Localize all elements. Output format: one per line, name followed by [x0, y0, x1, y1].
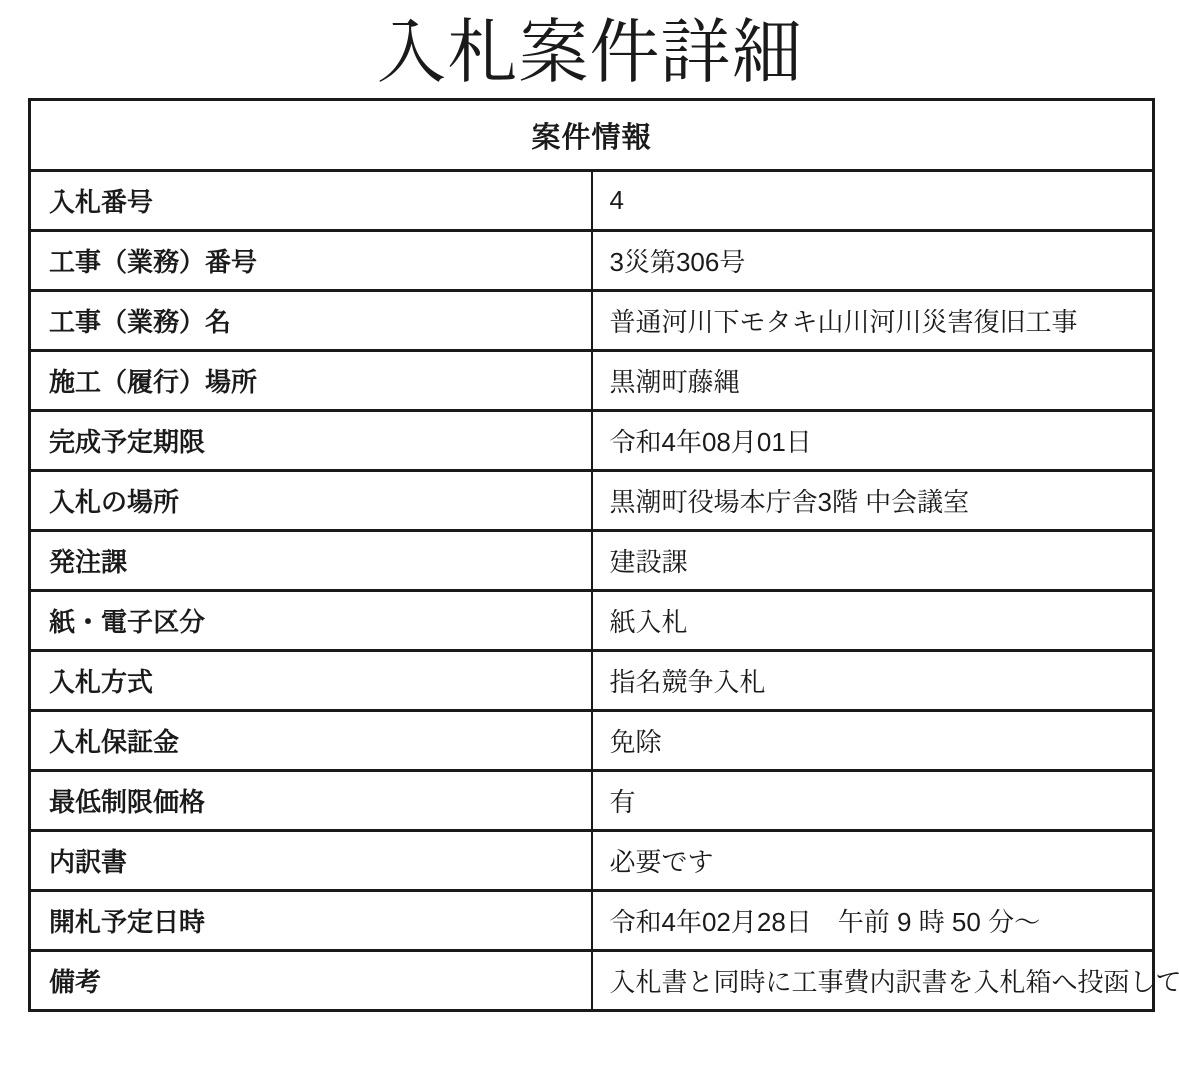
row-label: 備考 — [30, 951, 592, 1011]
table-row: 入札の場所黒潮町役場本庁舎3階 中会議室 — [30, 471, 1154, 531]
row-label: 入札方式 — [30, 651, 592, 711]
row-value: 令和4年02月28日 午前 9 時 50 分～ — [592, 891, 1154, 951]
table-row: 最低制限価格有 — [30, 771, 1154, 831]
row-value: 黒潮町藤縄 — [592, 351, 1154, 411]
row-label: 発注課 — [30, 531, 592, 591]
row-value: 普通河川下モタキ山川河川災害復旧工事 — [592, 291, 1154, 351]
row-value: 令和4年08月01日 — [592, 411, 1154, 471]
row-label: 内訳書 — [30, 831, 592, 891]
table-title: 案件情報 — [30, 100, 1154, 171]
case-info-table: 案件情報 入札番号4工事（業務）番号3災第306号工事（業務）名普通河川下モタキ… — [28, 98, 1155, 1012]
table-row: 開札予定日時令和4年02月28日 午前 9 時 50 分～ — [30, 891, 1154, 951]
row-value: 有 — [592, 771, 1154, 831]
row-value: 建設課 — [592, 531, 1154, 591]
table-row: 紙・電子区分紙入札 — [30, 591, 1154, 651]
row-value: 3災第306号 — [592, 231, 1154, 291]
row-value: 免除 — [592, 711, 1154, 771]
row-label: 最低制限価格 — [30, 771, 592, 831]
row-label: 工事（業務）番号 — [30, 231, 592, 291]
row-label: 開札予定日時 — [30, 891, 592, 951]
row-label: 完成予定期限 — [30, 411, 592, 471]
row-label: 入札保証金 — [30, 711, 592, 771]
table-row: 入札保証金免除 — [30, 711, 1154, 771]
table-header-row: 案件情報 — [30, 100, 1154, 171]
page-title: 入札案件詳細 — [0, 0, 1179, 98]
row-value: 指名競争入札 — [592, 651, 1154, 711]
table-row: 完成予定期限令和4年08月01日 — [30, 411, 1154, 471]
table-row: 工事（業務）名普通河川下モタキ山川河川災害復旧工事 — [30, 291, 1154, 351]
row-label: 入札番号 — [30, 171, 592, 231]
row-value: 必要です — [592, 831, 1154, 891]
table-row: 備考入札書と同時に工事費内訳書を入札箱へ投函してください — [30, 951, 1154, 1011]
bid-detail-page: 入札案件詳細 案件情報 入札番号4工事（業務）番号3災第306号工事（業務）名普… — [0, 0, 1179, 1080]
row-label: 工事（業務）名 — [30, 291, 592, 351]
table-row: 入札番号4 — [30, 171, 1154, 231]
row-label: 紙・電子区分 — [30, 591, 592, 651]
row-label: 入札の場所 — [30, 471, 592, 531]
table-row: 工事（業務）番号3災第306号 — [30, 231, 1154, 291]
table-row: 入札方式指名競争入札 — [30, 651, 1154, 711]
table-row: 発注課建設課 — [30, 531, 1154, 591]
row-value: 入札書と同時に工事費内訳書を入札箱へ投函してください — [592, 951, 1154, 1011]
table-row: 施工（履行）場所黒潮町藤縄 — [30, 351, 1154, 411]
row-label: 施工（履行）場所 — [30, 351, 592, 411]
table-row: 内訳書必要です — [30, 831, 1154, 891]
row-value: 黒潮町役場本庁舎3階 中会議室 — [592, 471, 1154, 531]
row-value: 4 — [592, 171, 1154, 231]
row-value: 紙入札 — [592, 591, 1154, 651]
